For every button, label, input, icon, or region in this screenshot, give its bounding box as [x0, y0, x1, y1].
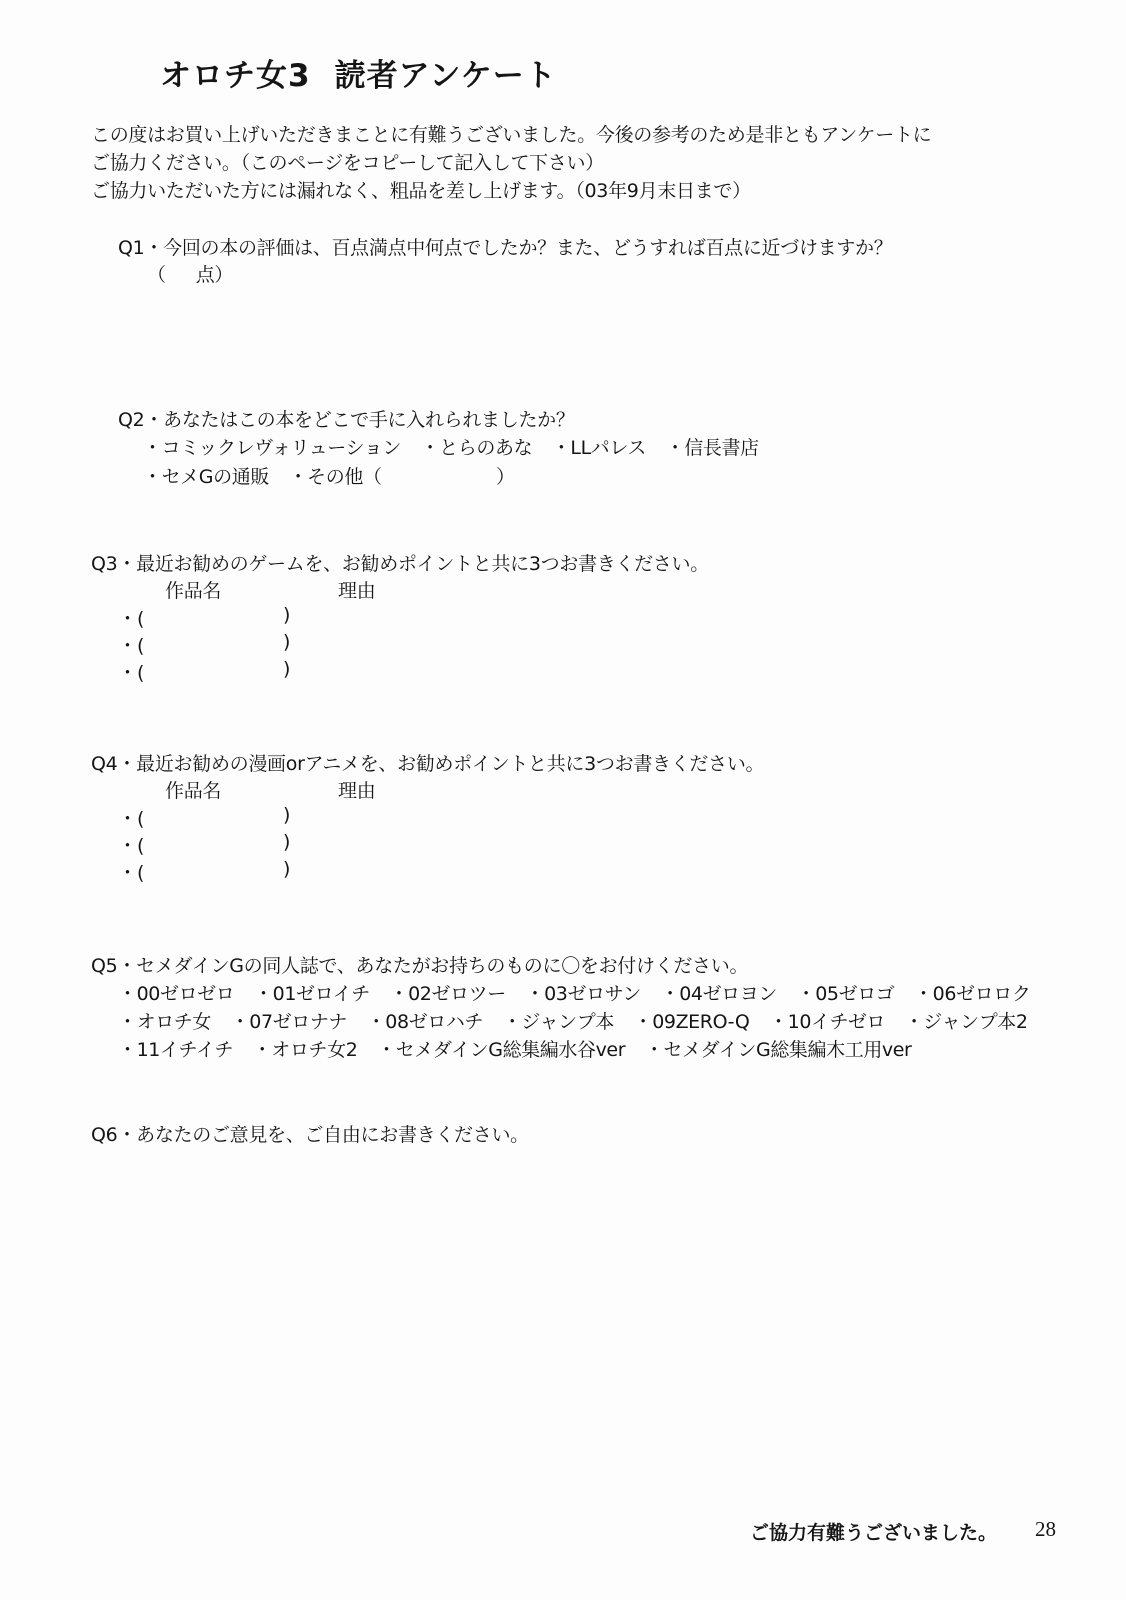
- q5-item[interactable]: ・05ゼロゴ: [797, 983, 895, 1005]
- title-book-name: オロチ女3: [160, 58, 311, 94]
- q4-row-open: ・(: [118, 858, 144, 885]
- intro-paragraph: この度はお買い上げいただきまことに有難うございました。今後の参考のため是非ともア…: [91, 121, 931, 205]
- q5-item[interactable]: ・オロチ女: [118, 1011, 211, 1033]
- q5-item[interactable]: ・10イチゼロ: [769, 1011, 885, 1033]
- q4-row-close: ): [283, 831, 290, 853]
- question-4: Q4・最近お勧めの漫画orアニメを、お勧めポイントと共に3つお書きください。: [91, 749, 764, 776]
- question-3: Q3・最近お勧めのゲームを、お勧めポイントと共に3つお書きください。: [91, 549, 709, 576]
- q3-row-close: ): [283, 631, 290, 653]
- q5-item[interactable]: ・02ゼロツー: [389, 983, 505, 1005]
- q5-items-row-3: ・11イチイチ ・オロチ女2 ・セメダインG総集編水谷ver ・セメダインG総集…: [118, 1035, 925, 1062]
- q3-column-reason: 理由: [338, 576, 375, 603]
- q5-item[interactable]: ・オロチ女2: [253, 1039, 358, 1061]
- q2-option-other[interactable]: ・その他（: [289, 466, 382, 488]
- q5-items-row-2: ・オロチ女 ・07ゼロナナ ・08ゼロハチ ・ジャンプ本 ・09ZERO-Q ・…: [118, 1007, 1042, 1034]
- q2-option-comic-revolution[interactable]: ・コミックレヴォリューション: [143, 437, 401, 459]
- q5-item[interactable]: ・11イチイチ: [118, 1039, 233, 1061]
- q5-item[interactable]: ・ジャンプ本: [503, 1011, 614, 1033]
- q5-item[interactable]: ・04ゼロヨン: [661, 983, 777, 1005]
- q5-item[interactable]: ・セメダインG総集編木工用ver: [645, 1039, 912, 1061]
- question-1: Q1・今回の本の評価は、百点満点中何点でしたか？また、どうすれば百点に近づけます…: [118, 233, 892, 260]
- q3-row-close: ): [283, 658, 290, 680]
- q2-option-seme-g-mail-order[interactable]: ・セメGの通販: [143, 466, 269, 488]
- q4-column-reason: 理由: [338, 776, 375, 803]
- q2-option-toranoana[interactable]: ・とらのあな: [421, 437, 533, 459]
- q2-options-row-2: ・セメGの通販 ・その他（: [143, 462, 396, 489]
- question-5: Q5・セメダインGの同人誌で、あなたがお持ちのものに〇をお付けください。: [91, 951, 748, 978]
- intro-line: ご協力いただいた方には漏れなく、粗品を差し上げます。（03年9月末日まで）: [91, 177, 931, 205]
- q2-options-row-1: ・コミックレヴォリューション ・とらのあな ・LLパレス ・信長書店: [143, 433, 773, 460]
- q5-item[interactable]: ・01ゼロイチ: [254, 983, 370, 1005]
- q5-item[interactable]: ・03ゼロサン: [526, 983, 641, 1005]
- q2-option-nobunaga-shoten[interactable]: ・信長書店: [666, 437, 759, 459]
- q6-free-answer-area[interactable]: [91, 1150, 991, 1490]
- q3-row-open: ・(: [118, 604, 144, 631]
- q2-option-ll-palace[interactable]: ・LLパレス: [552, 437, 646, 459]
- page-number: 28: [1035, 1517, 1056, 1542]
- q5-item[interactable]: ・ジャンプ本2: [905, 1011, 1028, 1033]
- footer-thanks: ご協力有難うございました。: [750, 1518, 997, 1545]
- q2-other-close-paren: ）: [496, 462, 515, 489]
- title-survey-label: 読者アンケート: [335, 58, 557, 94]
- q1-score-open-paren: （: [147, 264, 166, 286]
- q5-item[interactable]: ・06ゼロロク: [914, 983, 1030, 1005]
- q3-column-title: 作品名: [165, 576, 221, 603]
- q3-row-open: ・(: [118, 658, 144, 685]
- question-6: Q6・あなたのご意見を、ご自由にお書きください。: [91, 1120, 529, 1147]
- q5-item[interactable]: ・セメダインG総集編水谷ver: [377, 1039, 625, 1061]
- page-title: オロチ女3読者アンケート: [160, 50, 557, 95]
- question-2: Q2・あなたはこの本をどこで手に入れられましたか？: [118, 405, 575, 432]
- intro-line: ご協力ください。（このページをコピーして記入して下さい）: [91, 149, 931, 177]
- q4-row-open: ・(: [118, 804, 144, 831]
- q5-item[interactable]: ・08ゼロハチ: [367, 1011, 483, 1033]
- q4-row-open: ・(: [118, 831, 144, 858]
- intro-line: この度はお買い上げいただきまことに有難うございました。今後の参考のため是非ともア…: [91, 121, 931, 149]
- q4-row-close: ): [283, 804, 290, 826]
- q5-item[interactable]: ・09ZERO-Q: [634, 1011, 750, 1033]
- q3-row-close: ): [283, 604, 290, 626]
- q5-item[interactable]: ・00ゼロゼロ: [118, 983, 234, 1005]
- q4-column-title: 作品名: [165, 776, 221, 803]
- q1-score-unit: 点）: [196, 264, 233, 286]
- q1-score-field[interactable]: （点）: [147, 260, 233, 287]
- q5-item[interactable]: ・07ゼロナナ: [231, 1011, 347, 1033]
- q3-row-open: ・(: [118, 631, 144, 658]
- q4-row-close: ): [283, 858, 290, 880]
- q5-items-row-1: ・00ゼロゼロ ・01ゼロイチ ・02ゼロツー ・03ゼロサン ・04ゼロヨン …: [118, 979, 1044, 1006]
